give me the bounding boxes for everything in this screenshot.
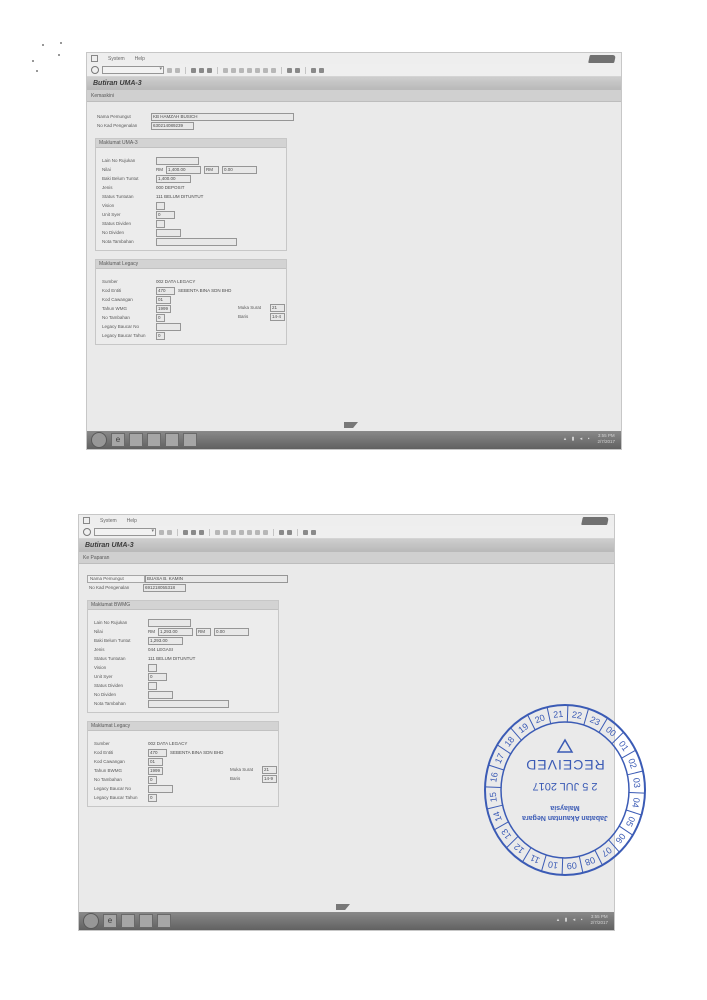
- stamp-divider: [542, 855, 547, 871]
- field-no-kad: No Kad Pengenalan 630214089239: [95, 121, 621, 130]
- new-session-icon[interactable]: [287, 68, 292, 73]
- field-label: Baki Belum Tuntut: [92, 638, 148, 643]
- stamp-divider: [487, 805, 503, 809]
- stamp-hour-label: 00: [604, 724, 618, 738]
- back-icon[interactable]: [167, 68, 172, 73]
- field-label: Baris: [228, 776, 262, 781]
- start-button[interactable]: [91, 432, 107, 448]
- stamp-hour-label: 22: [571, 709, 583, 721]
- nama-pemungut-input[interactable]: KB HAMZAH BUSICH: [151, 113, 294, 121]
- field-label: Status Dividen: [92, 683, 148, 688]
- clock[interactable]: 3:55 PM 2/7/2017: [590, 914, 608, 926]
- stamp-hour-label: 17: [493, 752, 506, 765]
- sumber-value: 002 DATA LEGACY: [148, 741, 187, 746]
- find-next-icon[interactable]: [231, 530, 236, 535]
- stamp-hour-label: 02: [626, 757, 639, 770]
- currency: RM: [148, 629, 155, 634]
- help-icon[interactable]: [311, 68, 316, 73]
- field-label: No Kad Pengenalan: [95, 123, 151, 128]
- no-tambahan-input[interactable]: 0: [148, 776, 157, 784]
- toolbar-divider: [177, 529, 178, 536]
- stamp-divider: [629, 793, 645, 794]
- field-label: Unit Syer: [100, 212, 156, 217]
- stamp-hour-label: 21: [553, 709, 564, 720]
- received-stamp: 0001020304050607080910111213141516171819…: [482, 702, 648, 878]
- app-toolbar-edit[interactable]: Kemaskini: [87, 90, 621, 102]
- field-label: No Kad Pengenalan: [87, 585, 143, 590]
- unit-syer-input[interactable]: 0: [156, 211, 175, 219]
- start-button[interactable]: [83, 913, 99, 929]
- stamp-received-text: RECEIVED: [525, 757, 605, 773]
- field-label: Status Tuntutan: [100, 194, 156, 199]
- stamp-date: 2 5 JUL 2017: [532, 780, 597, 792]
- help-icon[interactable]: [303, 530, 308, 535]
- status-value: 111 BELUM DITUNTUT: [148, 656, 195, 661]
- stamp-hour-label: 11: [529, 853, 542, 866]
- kod-cawangan-input[interactable]: 01: [156, 296, 171, 304]
- field-label: Kod Entiti: [100, 288, 156, 293]
- enter-icon[interactable]: [83, 528, 91, 536]
- toolbar-divider: [185, 67, 186, 74]
- shortcut-icon[interactable]: [287, 530, 292, 535]
- kod-cawangan-input[interactable]: 01: [148, 758, 163, 766]
- field-label: Legacy Baucar No: [92, 786, 148, 791]
- screen-title: Butiran UMA-3: [79, 539, 614, 552]
- entiti-name: SEBENTA BINA SDN BHD: [178, 288, 231, 293]
- print-icon[interactable]: [223, 68, 228, 73]
- nilai-input[interactable]: 1,400.00: [166, 166, 201, 174]
- legacy-group: Maklumat Legacy Sumber002 DATA LEGACY Ko…: [95, 259, 287, 345]
- stamp-org-line2: Malaysia: [550, 804, 579, 811]
- legacy-baucar-no-input[interactable]: [156, 323, 181, 331]
- sap-logon-icon[interactable]: [165, 433, 179, 447]
- windows-taskbar: e ▴ ▮ ◂ ▪ 3:55 PM 2/7/2017: [79, 912, 614, 930]
- sap-logo-icon: [344, 422, 358, 428]
- field-label: No Tambahan: [92, 777, 148, 782]
- field-label: Legacy Baucar Tahun: [92, 795, 148, 800]
- prev-page-icon[interactable]: [247, 530, 252, 535]
- stamp-hour-label: 05: [624, 815, 637, 828]
- legacy-baucar-no-input[interactable]: [148, 785, 173, 793]
- standard-toolbar: ▾: [79, 526, 614, 539]
- new-session-icon[interactable]: [279, 530, 284, 535]
- baki-input[interactable]: 1,293.00: [148, 637, 183, 645]
- stamp-org-line1: Jabatan Akauntan Negara: [522, 814, 608, 821]
- back-nav-icon[interactable]: [191, 68, 196, 73]
- menu-system[interactable]: System: [100, 518, 117, 524]
- cancel-icon[interactable]: [207, 68, 212, 73]
- field-label: Muka Surat: [228, 767, 262, 772]
- field-label: Tahun BWMG: [92, 768, 148, 773]
- field-label: Legacy Baucar Tahun: [100, 333, 156, 338]
- unit-syer-input[interactable]: 0: [148, 673, 167, 681]
- jenis-value: 044 LEGASI: [148, 647, 173, 652]
- stamp-hour-label: 08: [584, 855, 597, 868]
- menu-help[interactable]: Help: [127, 518, 137, 524]
- stamp-hour-label: 09: [566, 860, 577, 871]
- stamp-hour-label: 07: [600, 845, 614, 859]
- field-label: Status Dividen: [100, 221, 156, 226]
- kod-entiti-input[interactable]: 470: [156, 287, 175, 295]
- sap-screenshot-1: System Help ▾ Butiran UMA-3 Kemaskini Na…: [86, 52, 622, 450]
- stamp-divider: [562, 858, 563, 875]
- field-label: Nama Pemungut: [95, 114, 151, 119]
- field-label: Kod Cawangan: [100, 297, 156, 302]
- no-kad-input[interactable]: 691218055318: [143, 584, 186, 592]
- field-label: Jenis: [92, 647, 148, 652]
- currency: RM: [156, 167, 163, 172]
- find-icon[interactable]: [223, 530, 228, 535]
- shortcut-icon[interactable]: [295, 68, 300, 73]
- sumber-value: 002 DATA LEGACY: [156, 279, 195, 284]
- field-label: Lain No Rujukan: [100, 158, 156, 163]
- app-menu-icon[interactable]: [83, 517, 90, 524]
- layout-menu-icon[interactable]: [311, 530, 316, 535]
- media-player-icon[interactable]: [139, 914, 153, 928]
- stamp-divider: [547, 707, 551, 724]
- back-nav-icon[interactable]: [183, 530, 188, 535]
- currency2-input[interactable]: RM: [196, 628, 211, 636]
- menu-bar: System Help: [79, 515, 614, 526]
- entiti-name: SEBENTA BINA SDN BHD: [170, 750, 223, 755]
- group-title: Maklumat Legacy: [96, 260, 286, 269]
- screen-title: Butiran UMA-3: [87, 77, 621, 90]
- menu-system[interactable]: System: [108, 56, 125, 62]
- stamp-divider: [579, 856, 583, 873]
- lain-rujukan-input[interactable]: [148, 619, 191, 627]
- stamp-hour-label: 18: [502, 735, 516, 749]
- vision-checkbox[interactable]: [156, 202, 165, 210]
- toolbar-divider: [297, 529, 298, 536]
- field-label: Unit Syer: [92, 674, 148, 679]
- field-label: Lain No Rujukan: [92, 620, 148, 625]
- no-tambahan-input[interactable]: 0: [156, 314, 165, 322]
- media-player-icon[interactable]: [147, 433, 161, 447]
- field-nama-pemungut: Nama Pemungut KB HAMZAH BUSICH: [95, 112, 621, 121]
- muka-surat-input[interactable]: 21: [270, 304, 285, 312]
- stamp-hour-label: 19: [516, 721, 530, 735]
- legacy-baucar-tahun-input[interactable]: 0: [148, 794, 157, 802]
- currency2-input[interactable]: RM: [204, 166, 219, 174]
- toolbar-divider: [209, 529, 210, 536]
- find-next-icon[interactable]: [239, 68, 244, 73]
- field-label: Vision: [100, 203, 156, 208]
- field-label: Sumber: [100, 279, 156, 284]
- ie-icon[interactable]: e: [111, 433, 125, 447]
- save-icon[interactable]: [167, 530, 172, 535]
- field-label: Nota Tambahan: [92, 701, 148, 706]
- stamp-hour-label: 23: [588, 714, 601, 727]
- status-dividen-checkbox[interactable]: [148, 682, 157, 690]
- find-icon[interactable]: [231, 68, 236, 73]
- tahun-input[interactable]: 1999: [148, 767, 163, 775]
- tray-icons[interactable]: ▴ ▮ ◂ ▪: [557, 917, 585, 923]
- field-no-kad: No Kad Pengenalan 691218055318: [87, 583, 614, 592]
- first-page-icon[interactable]: [239, 530, 244, 535]
- ie-icon[interactable]: e: [103, 914, 117, 928]
- field-label: Sumber: [92, 741, 148, 746]
- sap-window-controls[interactable]: [581, 517, 609, 525]
- enter-icon[interactable]: [91, 66, 99, 74]
- field-label: No Dividen: [100, 230, 156, 235]
- nota-input[interactable]: [148, 700, 229, 708]
- field-nama-pemungut: Nama Pemungut BUASA B. KAMIN: [87, 574, 614, 583]
- field-label: Jenis: [100, 185, 156, 190]
- nama-pemungut-input[interactable]: BUASA B. KAMIN: [145, 575, 288, 583]
- field-label: Kod Cawangan: [92, 759, 148, 764]
- menu-help[interactable]: Help: [135, 56, 145, 62]
- group-title: Maklumat BWMG: [88, 601, 278, 610]
- info-group: Maklumat UMA-3 Lain No Rujukan NilaiRM1,…: [95, 138, 287, 251]
- stamp-hour-label: 04: [630, 797, 642, 809]
- legacy-baucar-tahun-input[interactable]: 0: [156, 332, 165, 340]
- stamp-hour-label: 12: [512, 842, 526, 856]
- status-value: 111 BELUM DITUNTUT: [156, 194, 203, 199]
- stamp-logo-icon: [558, 740, 572, 752]
- baki-input[interactable]: 1,400.00: [156, 175, 191, 183]
- sap-logon-icon[interactable]: [157, 914, 171, 928]
- command-field[interactable]: ▾: [102, 66, 164, 74]
- toolbar-divider: [281, 67, 282, 74]
- stamp-hour-label: 01: [617, 739, 631, 753]
- cancel-icon[interactable]: [199, 530, 204, 535]
- kod-entiti-input[interactable]: 470: [148, 749, 167, 757]
- field-label: Legacy Baucar No: [100, 324, 156, 329]
- group-title: Maklumat Legacy: [88, 722, 278, 731]
- clock-date: 2/7/2017: [597, 439, 615, 445]
- field-label: Baki Belum Tuntut: [100, 176, 156, 181]
- no-dividen-input[interactable]: [148, 691, 173, 699]
- prev-page-icon[interactable]: [255, 68, 260, 73]
- stamp-hour-label: 20: [533, 712, 546, 725]
- dropdown-icon[interactable]: ▾: [159, 66, 162, 72]
- field-label: Nota Tambahan: [100, 239, 156, 244]
- status-dividen-checkbox[interactable]: [156, 220, 165, 228]
- no-dividen-input[interactable]: [156, 229, 181, 237]
- field-label: No Tambahan: [100, 315, 156, 320]
- next-page-icon[interactable]: [255, 530, 260, 535]
- tahun-input[interactable]: 1999: [156, 305, 171, 313]
- system-tray: ▴ ▮ ◂ ▪ 3:55 PM 2/7/2017: [557, 914, 608, 926]
- nota-input[interactable]: [156, 238, 237, 246]
- toolbar-divider: [217, 67, 218, 74]
- layout-menu-icon[interactable]: [319, 68, 324, 73]
- explorer-icon[interactable]: [121, 914, 135, 928]
- first-page-icon[interactable]: [247, 68, 252, 73]
- standard-toolbar: ▾: [87, 64, 621, 77]
- windows-taskbar: e ▴ ▮ ◂ ▪ 3:55 PM 2/7/2017: [87, 431, 621, 449]
- sap-gui-icon[interactable]: [183, 433, 197, 447]
- stamp-hour-label: 13: [499, 827, 513, 841]
- lain-rujukan-input[interactable]: [156, 157, 199, 165]
- nilai2-input[interactable]: 0.00: [222, 166, 257, 174]
- sap-logo-icon: [336, 904, 350, 910]
- field-label: Tahun WMG: [100, 306, 156, 311]
- print-icon[interactable]: [215, 530, 220, 535]
- last-page-icon[interactable]: [263, 530, 268, 535]
- tray-icons[interactable]: ▴ ▮ ◂ ▪: [564, 436, 592, 442]
- dropdown-icon[interactable]: ▾: [151, 528, 154, 534]
- jenis-value: 000 DEPOSIT: [156, 185, 185, 190]
- system-tray: ▴ ▮ ◂ ▪ 3:55 PM 2/7/2017: [564, 433, 615, 445]
- clock[interactable]: 3:55 PM 2/7/2017: [597, 433, 615, 445]
- stamp-divider: [567, 705, 568, 722]
- exit-icon[interactable]: [199, 68, 204, 73]
- stamp-divider: [627, 771, 643, 775]
- app-menu-icon[interactable]: [91, 55, 98, 62]
- stamp-hour-label: 10: [547, 859, 559, 871]
- legacy-group: Maklumat Legacy Sumber002 DATA LEGACY Ko…: [87, 721, 279, 807]
- stamp-hour-label: 16: [488, 772, 500, 784]
- exit-icon[interactable]: [191, 530, 196, 535]
- save-icon[interactable]: [175, 68, 180, 73]
- menu-bar: System Help: [87, 53, 621, 64]
- nilai-input[interactable]: 1,293.00: [158, 628, 193, 636]
- nilai2-input[interactable]: 0.00: [214, 628, 249, 636]
- field-label: Nilai: [100, 167, 156, 172]
- field-label: Muka Surat: [236, 305, 270, 310]
- stamp-divider: [485, 787, 501, 788]
- info-group: Maklumat BWMG Lain No Rujukan NilaiRM1,2…: [87, 600, 279, 713]
- explorer-icon[interactable]: [129, 433, 143, 447]
- vision-checkbox[interactable]: [148, 664, 157, 672]
- back-icon[interactable]: [159, 530, 164, 535]
- field-label: Baris: [236, 314, 270, 319]
- group-title: Maklumat UMA-3: [96, 139, 286, 148]
- app-toolbar-display[interactable]: Ke Paparan: [79, 552, 614, 564]
- field-label: Kod Entiti: [92, 750, 148, 755]
- field-label: Nama Pemungut: [87, 575, 145, 583]
- stamp-hour-label: 06: [613, 831, 627, 845]
- stamp-hour-label: 14: [491, 810, 504, 823]
- toolbar-divider: [273, 529, 274, 536]
- field-label: Nilai: [92, 629, 148, 634]
- next-page-icon[interactable]: [263, 68, 268, 73]
- baris-input[interactable]: 14-4: [270, 313, 285, 321]
- field-label: Vision: [92, 665, 148, 670]
- last-page-icon[interactable]: [271, 68, 276, 73]
- clock-date: 2/7/2017: [590, 920, 608, 926]
- scan-specks: [30, 40, 80, 80]
- stamp-hour-label: 15: [488, 792, 499, 803]
- command-field[interactable]: ▾: [94, 528, 156, 536]
- no-kad-input[interactable]: 630214089239: [151, 122, 194, 130]
- field-label: No Dividen: [92, 692, 148, 697]
- muka-surat-input[interactable]: 21: [262, 766, 277, 774]
- field-label: Status Tuntutan: [92, 656, 148, 661]
- toolbar-divider: [305, 67, 306, 74]
- sap-window-controls[interactable]: [588, 55, 616, 63]
- stamp-hour-label: 03: [631, 777, 642, 788]
- baris-input[interactable]: 14-9: [262, 775, 277, 783]
